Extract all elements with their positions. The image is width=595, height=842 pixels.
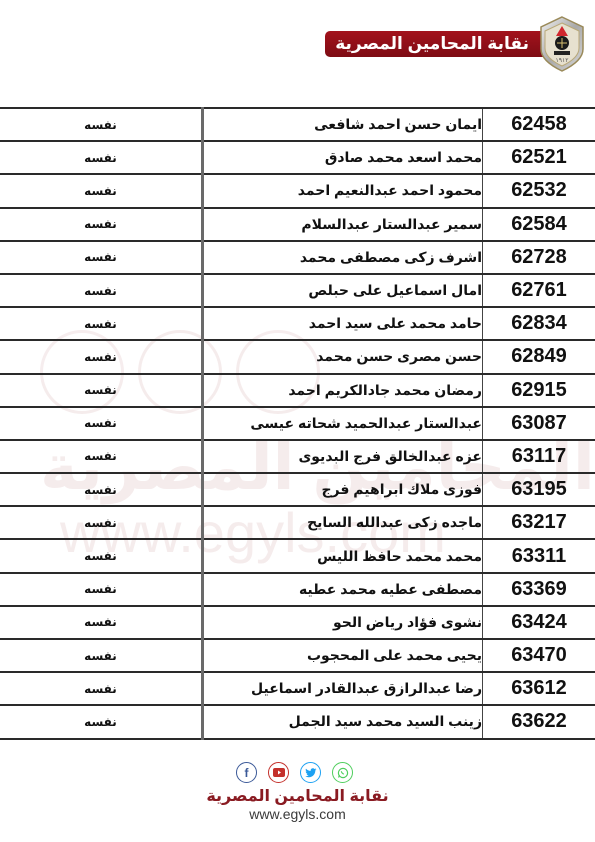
status-cell: نفسه — [0, 141, 203, 174]
youtube-icon[interactable] — [268, 762, 289, 783]
table-row: نفسهيحيى محمد على المحجوب63470 — [0, 639, 595, 672]
member-name: محمد اسعد محمد صادق — [203, 141, 483, 174]
member-name: ايمان حسن احمد شافعى — [203, 108, 483, 141]
status-cell: نفسه — [0, 241, 203, 274]
status-cell: نفسه — [0, 506, 203, 539]
member-name: رضا عبدالرازق عبدالقادر اسماعيل — [203, 672, 483, 705]
status-cell: نفسه — [0, 539, 203, 572]
table-row: نفسهامال اسماعيل على حبلص62761 — [0, 274, 595, 307]
logo-banner: نقابة المحامين المصرية — [325, 31, 543, 57]
member-name: نشوى فؤاد رياض الحو — [203, 606, 483, 639]
member-name: فوزى ملاك ابراهيم فرج — [203, 473, 483, 506]
status-cell: نفسه — [0, 440, 203, 473]
status-cell: نفسه — [0, 274, 203, 307]
table-row: نفسهحامد محمد على سيد احمد62834 — [0, 307, 595, 340]
footer-title: نقابة المحامين المصرية — [0, 786, 595, 806]
registration-number: 63117 — [483, 440, 595, 473]
table-row: نفسهرمضان محمد جادالكريم احمد62915 — [0, 374, 595, 407]
table-row: نفسهايمان حسن احمد شافعى62458 — [0, 108, 595, 141]
whatsapp-icon[interactable] — [332, 762, 353, 783]
registration-number: 63612 — [483, 672, 595, 705]
registration-number: 63622 — [483, 705, 595, 738]
member-name: رمضان محمد جادالكريم احمد — [203, 374, 483, 407]
syndicate-emblem-icon: ١٩١٢ — [537, 15, 587, 73]
status-cell: نفسه — [0, 639, 203, 672]
table-row: نفسهحسن مصرى حسن محمد62849 — [0, 340, 595, 373]
member-name: زينب السيد محمد سيد الجمل — [203, 705, 483, 738]
status-cell: نفسه — [0, 174, 203, 207]
member-name: ماجده زكى عبدالله السايح — [203, 506, 483, 539]
footer: f نقابة المحامين المصرية www.egyls.com — [0, 762, 595, 822]
table-row: نفسهاشرف زكى مصطفى محمد62728 — [0, 241, 595, 274]
registration-number: 63311 — [483, 539, 595, 572]
status-cell: نفسه — [0, 672, 203, 705]
registration-number: 63195 — [483, 473, 595, 506]
status-cell: نفسه — [0, 340, 203, 373]
status-cell: نفسه — [0, 705, 203, 738]
members-table: نفسهايمان حسن احمد شافعى62458نفسهمحمد اس… — [0, 107, 595, 740]
registration-number: 62728 — [483, 241, 595, 274]
table-row: نفسهنشوى فؤاد رياض الحو63424 — [0, 606, 595, 639]
facebook-glyph: f — [245, 766, 249, 780]
table-row: نفسهعبدالستار عبدالحميد شحاته عيسى63087 — [0, 407, 595, 440]
registration-number: 62458 — [483, 108, 595, 141]
registration-number: 63424 — [483, 606, 595, 639]
registration-number: 63470 — [483, 639, 595, 672]
status-cell: نفسه — [0, 108, 203, 141]
table-row: نفسهماجده زكى عبدالله السايح63217 — [0, 506, 595, 539]
table-row: نفسهفوزى ملاك ابراهيم فرج63195 — [0, 473, 595, 506]
status-cell: نفسه — [0, 407, 203, 440]
member-name: حسن مصرى حسن محمد — [203, 340, 483, 373]
registration-number: 63087 — [483, 407, 595, 440]
status-cell: نفسه — [0, 307, 203, 340]
member-name: امال اسماعيل على حبلص — [203, 274, 483, 307]
syndicate-logo: نقابة المحامين المصرية ١٩١٢ — [325, 14, 587, 74]
registration-number: 62849 — [483, 340, 595, 373]
member-name: يحيى محمد على المحجوب — [203, 639, 483, 672]
registration-number: 63217 — [483, 506, 595, 539]
registration-number: 62761 — [483, 274, 595, 307]
table-row: نفسهعزه عبدالخالق فرج البديوى63117 — [0, 440, 595, 473]
table-row: نفسهمحمد اسعد محمد صادق62521 — [0, 141, 595, 174]
social-icons: f — [0, 762, 595, 783]
status-cell: نفسه — [0, 374, 203, 407]
svg-text:١٩١٢: ١٩١٢ — [556, 57, 569, 64]
table-row: نفسهمحمد محمد حافظ الليس63311 — [0, 539, 595, 572]
status-cell: نفسه — [0, 208, 203, 241]
member-name: محمود احمد عبدالنعيم احمد — [203, 174, 483, 207]
table-row: نفسهرضا عبدالرازق عبدالقادر اسماعيل63612 — [0, 672, 595, 705]
table-row: نفسهمحمود احمد عبدالنعيم احمد62532 — [0, 174, 595, 207]
registration-number: 62584 — [483, 208, 595, 241]
member-name: مصطفى عطيه محمد عطيه — [203, 573, 483, 606]
registration-number: 62915 — [483, 374, 595, 407]
status-cell: نفسه — [0, 606, 203, 639]
footer-website-link[interactable]: www.egyls.com — [0, 806, 595, 822]
member-name: اشرف زكى مصطفى محمد — [203, 241, 483, 274]
table-row: نفسهسمير عبدالستار عبدالسلام62584 — [0, 208, 595, 241]
facebook-icon[interactable]: f — [236, 762, 257, 783]
member-name: محمد محمد حافظ الليس — [203, 539, 483, 572]
status-cell: نفسه — [0, 573, 203, 606]
registration-number: 62532 — [483, 174, 595, 207]
registration-number: 62521 — [483, 141, 595, 174]
registration-number: 62834 — [483, 307, 595, 340]
table-row: نفسهزينب السيد محمد سيد الجمل63622 — [0, 705, 595, 738]
twitter-icon[interactable] — [300, 762, 321, 783]
member-name: عبدالستار عبدالحميد شحاته عيسى — [203, 407, 483, 440]
table-row: نفسهمصطفى عطيه محمد عطيه63369 — [0, 573, 595, 606]
status-cell: نفسه — [0, 473, 203, 506]
registration-number: 63369 — [483, 573, 595, 606]
member-name: حامد محمد على سيد احمد — [203, 307, 483, 340]
member-name: عزه عبدالخالق فرج البديوى — [203, 440, 483, 473]
member-name: سمير عبدالستار عبدالسلام — [203, 208, 483, 241]
